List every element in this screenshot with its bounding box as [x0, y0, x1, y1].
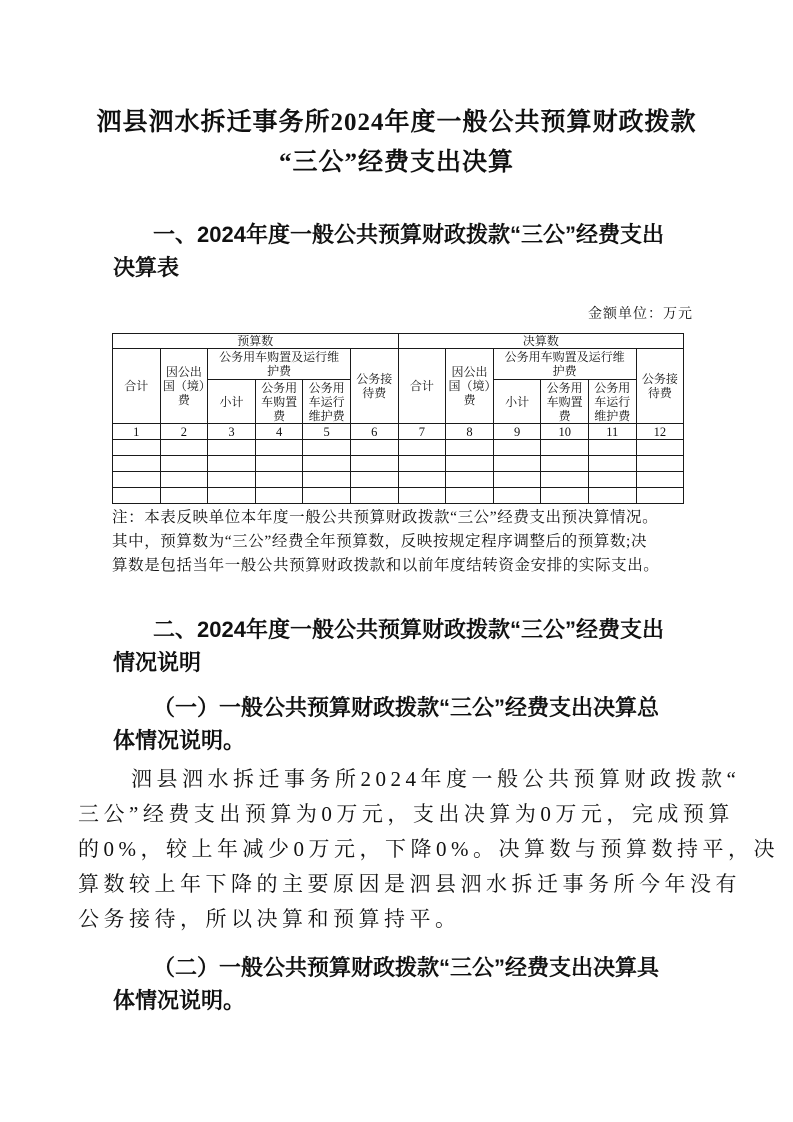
- empty-cell: [350, 456, 398, 472]
- table-note: 注：本表反映单位本年度一般公共预算财政拨款“三公”经费支出预决算情况。 其中，预…: [112, 506, 732, 578]
- table-note-line-2: 其中，预算数为“三公”经费全年预算数，反映按规定程序调整后的预算数;决: [112, 530, 732, 554]
- column-number-cell: 3: [208, 424, 256, 440]
- empty-cell: [113, 456, 161, 472]
- column-number-row: 1 2 3 4 5 6 7 8 9 10 11 12: [113, 424, 684, 440]
- document-page: 泗县泗水拆迁事务所2024年度一般公共预算财政拨款 “三公”经费支出决算 一、2…: [0, 0, 793, 1122]
- paragraph-line-5: 公务接待，所以决算和预算持平。: [78, 902, 790, 937]
- empty-cell: [255, 440, 303, 456]
- th-budget-vehicle-group: 公务用车购置及运行维护费: [208, 349, 351, 380]
- empty-cell: [588, 488, 636, 504]
- empty-cell: [493, 456, 541, 472]
- column-number-cell: 10: [541, 424, 589, 440]
- paragraph-line-2: 三公”经费支出预算为0万元，支出决算为0万元，完成预算: [78, 797, 790, 832]
- sub1-heading: （一）一般公共预算财政拨款“三公”经费支出决算总 体情况说明。: [113, 691, 733, 757]
- document-title: 泗县泗水拆迁事务所2024年度一般公共预算财政拨款 “三公”经费支出决算: [0, 103, 793, 183]
- sub2-heading: （二）一般公共预算财政拨款“三公”经费支出决算具 体情况说明。: [113, 951, 733, 1017]
- empty-cell: [113, 472, 161, 488]
- empty-cell: [160, 488, 208, 504]
- th-final-abroad: 因公出国（境）费: [446, 349, 494, 424]
- table-header-row-2: 合计 因公出国（境）费 公务用车购置及运行维护费 公务接待费 合计 因公出国（境…: [113, 349, 684, 380]
- paragraph-line-3: 的0%，较上年减少0万元，下降0%。决算数与预算数持平，决: [78, 832, 790, 867]
- empty-cell: [636, 488, 684, 504]
- th-final-vehicle-purchase: 公务用车购置费: [541, 380, 589, 424]
- empty-cell: [541, 456, 589, 472]
- th-final-total: 合计: [398, 349, 446, 424]
- th-final-vehicle-subtotal: 小计: [493, 380, 541, 424]
- empty-cell: [113, 488, 161, 504]
- empty-cell: [208, 440, 256, 456]
- empty-cell: [350, 488, 398, 504]
- table-empty-row: [113, 488, 684, 504]
- section1-heading-line-2: 决算表: [113, 251, 733, 284]
- section1-heading: 一、2024年度一般公共预算财政拨款“三公”经费支出 决算表: [113, 218, 733, 284]
- th-budget-vehicle-purchase: 公务用车购置费: [255, 380, 303, 424]
- section2-heading: 二、2024年度一般公共预算财政拨款“三公”经费支出 情况说明: [113, 613, 733, 679]
- sub2-heading-line-1: （二）一般公共预算财政拨款“三公”经费支出决算具: [113, 951, 733, 984]
- empty-cell: [398, 472, 446, 488]
- document-title-line-1: 泗县泗水拆迁事务所2024年度一般公共预算财政拨款: [0, 103, 793, 143]
- empty-cell: [636, 472, 684, 488]
- table-empty-row: [113, 456, 684, 472]
- paragraph-line-1: 泗县泗水拆迁事务所2024年度一般公共预算财政拨款“: [78, 762, 790, 797]
- unit-label: 金额单位：万元: [113, 303, 693, 323]
- empty-cell: [493, 472, 541, 488]
- empty-cell: [208, 472, 256, 488]
- empty-cell: [588, 440, 636, 456]
- empty-cell: [208, 456, 256, 472]
- column-number-cell: 11: [588, 424, 636, 440]
- empty-cell: [160, 456, 208, 472]
- column-number-cell: 8: [446, 424, 494, 440]
- empty-cell: [541, 440, 589, 456]
- empty-cell: [541, 472, 589, 488]
- column-number-cell: 12: [636, 424, 684, 440]
- empty-cell: [446, 472, 494, 488]
- section2-heading-line-2: 情况说明: [113, 646, 733, 679]
- th-budget-group: 预算数: [113, 334, 399, 349]
- empty-cell: [303, 456, 351, 472]
- th-budget-total: 合计: [113, 349, 161, 424]
- overview-paragraph: 泗县泗水拆迁事务所2024年度一般公共预算财政拨款“ 三公”经费支出预算为0万元…: [78, 762, 790, 937]
- empty-cell: [255, 488, 303, 504]
- empty-cell: [255, 456, 303, 472]
- column-number-cell: 7: [398, 424, 446, 440]
- section1-heading-line-1: 一、2024年度一般公共预算财政拨款“三公”经费支出: [113, 218, 733, 251]
- empty-cell: [493, 488, 541, 504]
- empty-cell: [350, 440, 398, 456]
- column-number-cell: 2: [160, 424, 208, 440]
- table-group-row: 预算数 决算数: [113, 334, 684, 349]
- empty-cell: [636, 440, 684, 456]
- empty-cell: [208, 488, 256, 504]
- empty-cell: [446, 488, 494, 504]
- empty-cell: [588, 472, 636, 488]
- sub1-heading-line-2: 体情况说明。: [113, 724, 733, 757]
- paragraph-line-4: 算数较上年下降的主要原因是泗县泗水拆迁事务所今年没有: [78, 867, 790, 902]
- empty-cell: [160, 472, 208, 488]
- empty-cell: [398, 440, 446, 456]
- th-final-reception: 公务接待费: [636, 349, 684, 424]
- th-budget-abroad: 因公出国（境）费: [160, 349, 208, 424]
- table-note-line-1: 注：本表反映单位本年度一般公共预算财政拨款“三公”经费支出预决算情况。: [112, 506, 732, 530]
- empty-cell: [350, 472, 398, 488]
- th-final-vehicle-group: 公务用车购置及运行维护费: [493, 349, 636, 380]
- empty-cell: [398, 456, 446, 472]
- section2-heading-line-1: 二、2024年度一般公共预算财政拨款“三公”经费支出: [113, 613, 733, 646]
- empty-cell: [493, 440, 541, 456]
- table-empty-row: [113, 472, 684, 488]
- empty-cell: [446, 456, 494, 472]
- budget-table: 预算数 决算数 合计 因公出国（境）费 公务用车购置及运行维护费 公务接待费 合…: [112, 333, 684, 504]
- table-empty-row: [113, 440, 684, 456]
- document-title-line-2: “三公”经费支出决算: [0, 143, 793, 183]
- sub1-heading-line-1: （一）一般公共预算财政拨款“三公”经费支出决算总: [113, 691, 733, 724]
- empty-cell: [303, 472, 351, 488]
- empty-cell: [160, 440, 208, 456]
- th-final-group: 决算数: [398, 334, 684, 349]
- column-number-cell: 9: [493, 424, 541, 440]
- empty-cell: [588, 456, 636, 472]
- table-note-line-3: 算数是包括当年一般公共预算财政拨款和以前年度结转资金安排的实际支出。: [112, 554, 732, 578]
- column-number-cell: 6: [350, 424, 398, 440]
- sub2-heading-line-2: 体情况说明。: [113, 984, 733, 1017]
- empty-cell: [541, 488, 589, 504]
- th-budget-reception: 公务接待费: [350, 349, 398, 424]
- th-budget-vehicle-subtotal: 小计: [208, 380, 256, 424]
- th-budget-vehicle-maintenance: 公务用车运行维护费: [303, 380, 351, 424]
- empty-cell: [303, 440, 351, 456]
- empty-cell: [255, 472, 303, 488]
- column-number-cell: 1: [113, 424, 161, 440]
- empty-cell: [303, 488, 351, 504]
- th-final-vehicle-maintenance: 公务用车运行维护费: [588, 380, 636, 424]
- empty-cell: [398, 488, 446, 504]
- empty-cell: [636, 456, 684, 472]
- column-number-cell: 4: [255, 424, 303, 440]
- column-number-cell: 5: [303, 424, 351, 440]
- empty-cell: [113, 440, 161, 456]
- empty-cell: [446, 440, 494, 456]
